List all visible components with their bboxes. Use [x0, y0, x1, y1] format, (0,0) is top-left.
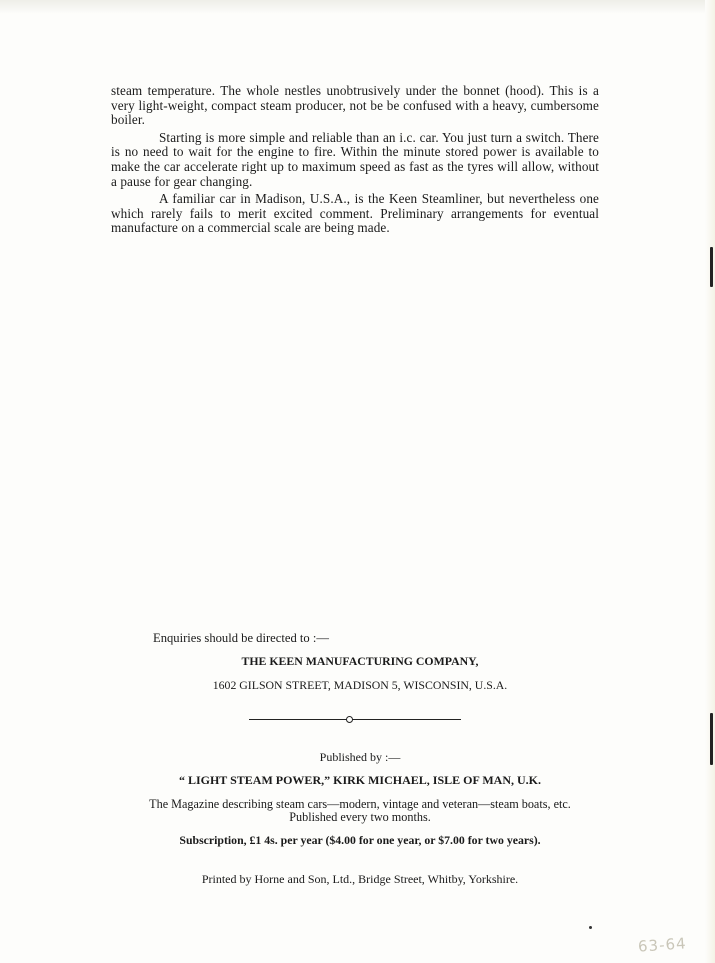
handwritten-page-number: 63-64	[637, 934, 687, 955]
enquiries-intro: Enquiries should be directed to :—	[153, 631, 673, 646]
company-name: THE KEEN MANUFACTURING COMPANY,	[100, 654, 620, 669]
company-address: 1602 GILSON STREET, MADISON 5, WISCONSIN…	[100, 678, 620, 693]
divider-ornament	[346, 716, 353, 723]
binding-mark	[710, 247, 713, 287]
paper-right-edge	[705, 0, 715, 963]
publisher-name: “ LIGHT STEAM POWER,” KIRK MICHAEL, ISLE…	[100, 773, 620, 788]
binding-mark	[710, 713, 713, 765]
paragraph: A familiar car in Madison, U.S.A., is th…	[111, 192, 599, 236]
subscription-info: Subscription, £1 4s. per year ($4.00 for…	[100, 833, 620, 848]
publication-frequency: Published every two months.	[100, 810, 620, 825]
paragraph: Starting is more simple and reliable tha…	[111, 131, 599, 189]
ink-speck	[589, 926, 592, 929]
paragraph: steam temperature. The whole nestles uno…	[111, 84, 599, 128]
paper-top-edge	[0, 0, 715, 14]
article-body: steam temperature. The whole nestles uno…	[111, 84, 599, 239]
section-divider	[249, 719, 461, 720]
published-by-intro: Published by :—	[100, 750, 620, 765]
printer-info: Printed by Horne and Son, Ltd., Bridge S…	[100, 872, 620, 887]
